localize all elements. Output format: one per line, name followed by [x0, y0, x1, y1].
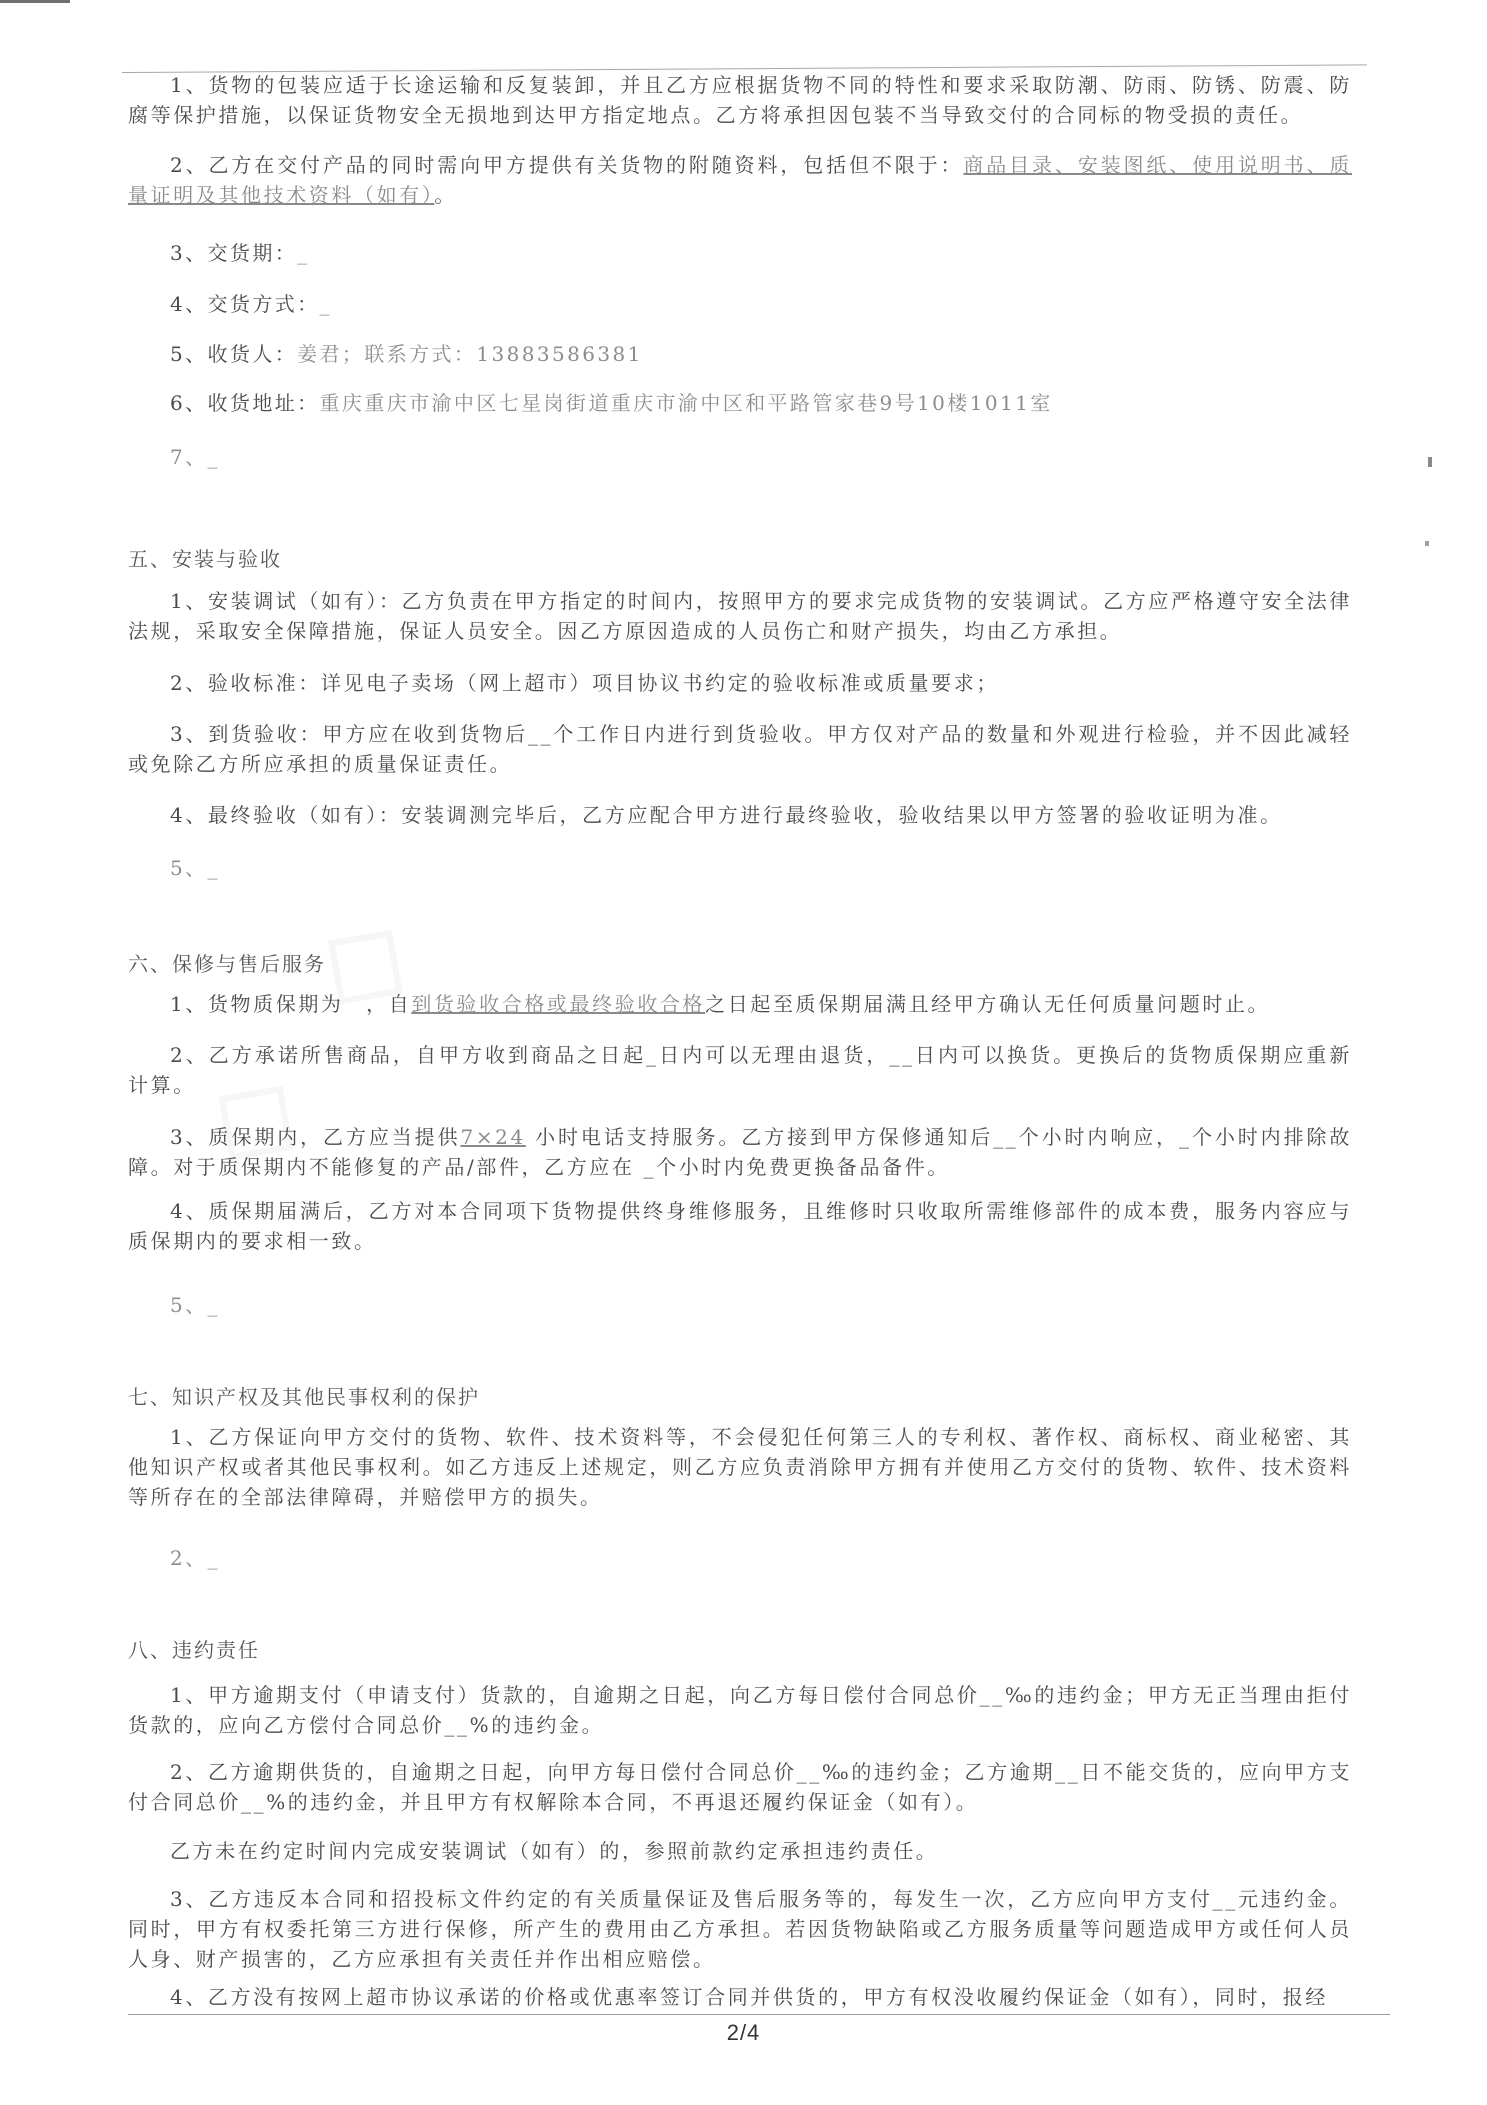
warranty-period-end-text: 之日起至质保期届满且经甲方确认无任何质量问题时止。 — [705, 992, 1270, 1016]
consignee-label: 5、收货人： — [170, 342, 297, 366]
section-8-clause-3: 3、乙方违反本合同和招投标文件约定的有关质量保证及售后服务等的，每发生一次，乙方… — [128, 1884, 1352, 1974]
delivery-clause-2-end: 。 — [434, 183, 457, 207]
section-6-clause-2: 2、乙方承诺所售商品，自甲方收到商品之日起_日内可以无理由退货，__日内可以换货… — [128, 1040, 1352, 1100]
section-8-clause-2: 2、乙方逾期供货的，自逾期之日起，向甲方每日偿付合同总价__‰的违约金；乙方逾期… — [128, 1757, 1352, 1817]
warranty-period-text: 1、货物质保期为 ，自 — [170, 992, 411, 1016]
section-6-clause-1: 1、货物质保期为 ，自到货验收合格或最终验收合格之日起至质保期届满且经甲方确认无… — [128, 989, 1352, 1019]
delivery-period-value: _ — [297, 241, 309, 265]
page-number: 2/4 — [0, 2020, 1487, 2046]
delivery-period-label: 3、交货期： — [170, 241, 297, 265]
consignee-value: 姜君；联系方式：13883586381 — [297, 342, 643, 366]
delivery-clause-2: 2、乙方在交付产品的同时需向甲方提供有关货物的附随资料，包括但不限于：商品目录、… — [128, 150, 1352, 210]
delivery-address-label: 6、收货地址： — [170, 391, 320, 415]
scan-speck — [1428, 457, 1432, 467]
section-7-clause-1: 1、乙方保证向甲方交付的货物、软件、技术资料等，不会侵犯任何第三人的专利权、著作… — [128, 1422, 1352, 1512]
section-7-heading: 七、知识产权及其他民事权利的保护 — [128, 1381, 1352, 1410]
section-6-heading: 六、保修与售后服务 — [128, 948, 1352, 977]
section-8-heading: 八、违约责任 — [128, 1634, 1352, 1663]
consignee: 5、收货人：姜君；联系方式：13883586381 — [128, 339, 1394, 369]
delivery-address: 6、收货地址：重庆重庆市渝中区七星岗街道重庆市渝中区和平路管家巷9号10楼101… — [128, 388, 1394, 418]
support-hours: 7×24 — [461, 1125, 526, 1149]
scan-speck — [1425, 541, 1429, 546]
section-6-clause-4: 4、质保期届满后，乙方对本合同项下货物提供终身维修服务，且维修时只收取所需维修部… — [128, 1196, 1352, 1256]
scan-edge-mark — [0, 0, 70, 3]
delivery-item-7: 7、_ — [128, 442, 1394, 472]
section-5-heading: 五、安装与验收 — [128, 543, 1352, 572]
section-5-clause-4: 4、最终验收（如有）：安装调测完毕后，乙方应配合甲方进行最终验收，验收结果以甲方… — [128, 800, 1352, 830]
section-5-clause-3: 3、到货验收：甲方应在收到货物后__个工作日内进行到货验收。甲方仅对产品的数量和… — [128, 719, 1352, 779]
footer-rule — [128, 2014, 1390, 2015]
section-8-clause-2b: 乙方未在约定时间内完成安装调试（如有）的，参照前款约定承担违约责任。 — [128, 1836, 1352, 1866]
section-5-clause-1: 1、安装调试（如有）：乙方负责在甲方指定的时间内，按照甲方的要求完成货物的安装调… — [128, 586, 1352, 646]
warranty-start-condition: 到货验收合格或最终验收合格 — [411, 992, 705, 1016]
section-8-clause-4: 4、乙方没有按网上超市协议承诺的价格或优惠率签订合同并供货的，甲方有权没收履约保… — [128, 1982, 1352, 2012]
delivery-clause-2-text: 2、乙方在交付产品的同时需向甲方提供有关货物的附随资料，包括但不限于： — [170, 153, 963, 177]
delivery-method-label: 4、交货方式： — [170, 292, 320, 316]
section-5-clause-5: 5、_ — [128, 853, 1394, 883]
section-6-clause-3: 3、质保期内，乙方应当提供7×24 小时电话支持服务。乙方接到甲方保修通知后__… — [128, 1122, 1352, 1182]
delivery-period: 3、交货期：_ — [128, 238, 1394, 268]
section-5-clause-2: 2、验收标准：详见电子卖场（网上超市）项目协议书约定的验收标准或质量要求； — [128, 668, 1352, 698]
section-8-clause-1: 1、甲方逾期支付（申请支付）货款的，自逾期之日起，向乙方每日偿付合同总价__‰的… — [128, 1680, 1352, 1740]
support-service-text: 3、质保期内，乙方应当提供 — [170, 1125, 461, 1149]
delivery-clause-1: 1、货物的包装应适于长途运输和反复装卸，并且乙方应根据货物不同的特性和要求采取防… — [128, 70, 1352, 130]
delivery-method-value: _ — [320, 292, 332, 316]
delivery-address-value: 重庆重庆市渝中区七星岗街道重庆市渝中区和平路管家巷9号10楼1011室 — [320, 391, 1053, 415]
section-6-clause-5: 5、_ — [128, 1290, 1394, 1320]
section-7-clause-2: 2、_ — [128, 1543, 1394, 1573]
delivery-method: 4、交货方式：_ — [128, 289, 1394, 319]
